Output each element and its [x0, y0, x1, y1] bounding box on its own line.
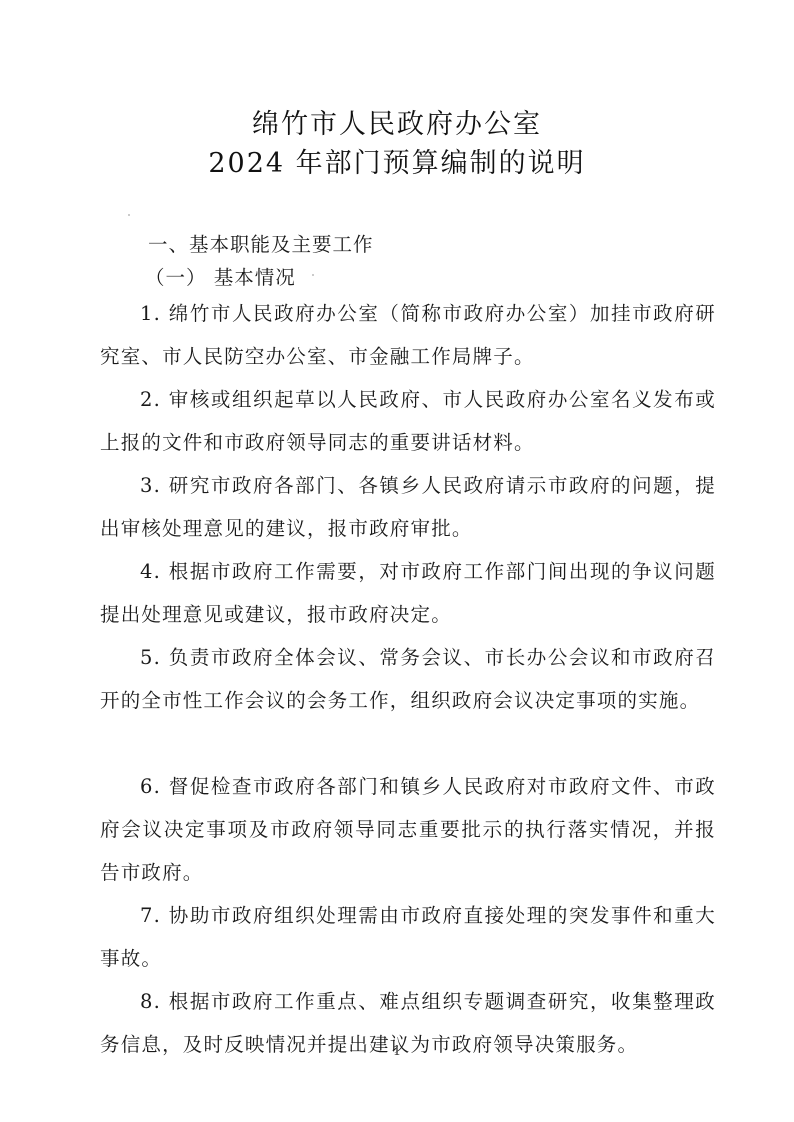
paragraph-item-1: 1. 绵竹市人民政府办公室（简称市政府办公室）加挂市政府研究室、市人民防空办公室… [100, 292, 716, 378]
paragraph-item-3: 3. 研究市政府各部门、各镇乡人民政府请示市政府的问题，提出审核处理意见的建议，… [100, 464, 716, 550]
page-number: 1 [0, 1044, 794, 1059]
paragraph-item-5: 5. 负责市政府全体会议、常务会议、市长办公会议和市政府召开的全市性工作会议的会… [100, 636, 716, 722]
paragraph-item-4: 4. 根据市政府工作需要，对市政府工作部门间出现的争议问题提出处理意见或建议，报… [100, 550, 716, 636]
subsection-heading: （一） 基本情况 [145, 262, 296, 290]
document-page: 绵竹市人民政府办公室 2024 年部门预算编制的说明 一、基本职能及主要工作 （… [0, 0, 794, 1122]
scan-speck [128, 214, 130, 216]
paragraph-item-6: 6. 督促检查市政府各部门和镇乡人民政府对市政府文件、市政府会议决定事项及市政府… [100, 765, 716, 894]
paragraph-item-7: 7. 协助市政府组织处理需由市政府直接处理的突发事件和重大事故。 [100, 894, 716, 980]
document-title-line1: 绵竹市人民政府办公室 [0, 102, 794, 141]
section-heading: 一、基本职能及主要工作 [148, 229, 374, 257]
scan-speck [312, 274, 314, 276]
scan-speck [557, 834, 559, 836]
paragraph-item-2: 2. 审核或组织起草以人民政府、市人民政府办公室名义发布或上报的文件和市政府领导… [100, 378, 716, 464]
document-title-line2: 2024 年部门预算编制的说明 [0, 141, 794, 180]
